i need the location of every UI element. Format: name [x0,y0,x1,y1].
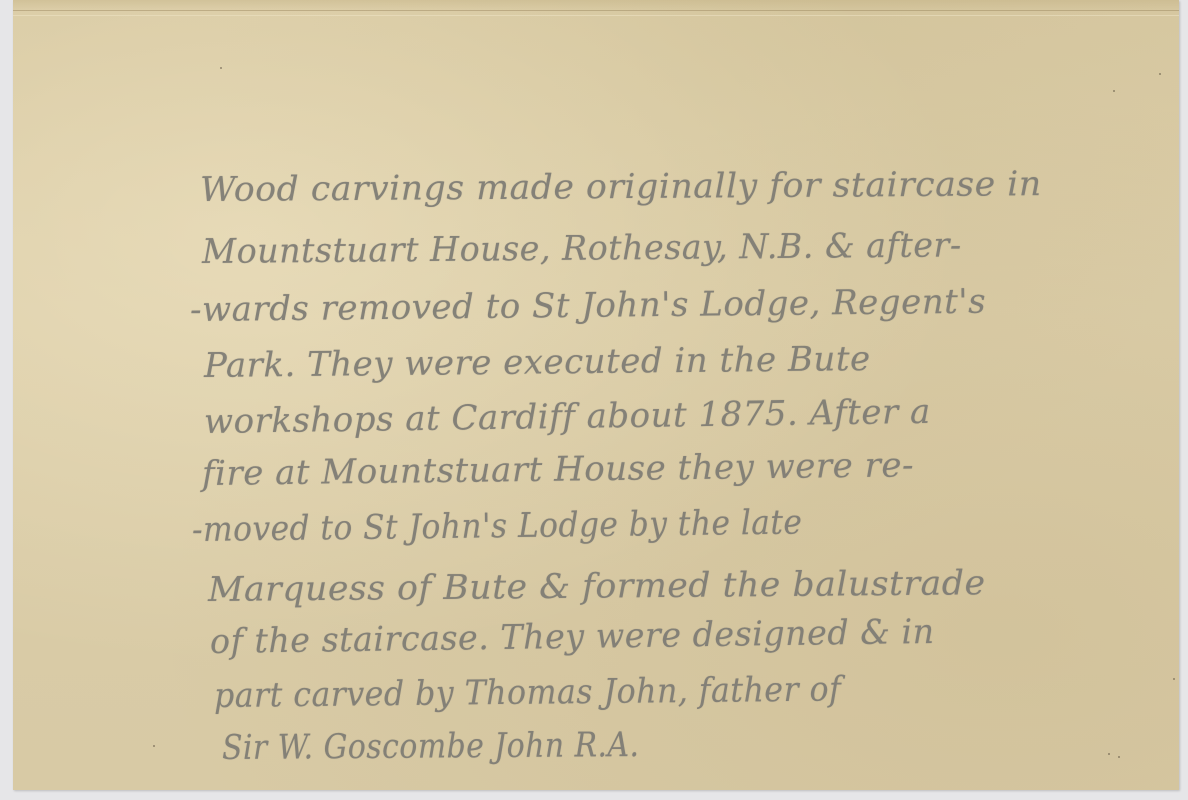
top-edge-discoloration [13,0,1179,10]
paper-speck [220,67,222,69]
scan-background: Wood carvings made originally for stairc… [0,0,1188,800]
text-line-1: Wood carvings made originally for stairc… [200,164,1042,210]
text-line-8: Marquess of Bute & formed the balustrade [208,563,986,610]
text-line-11: Sir W. Goscombe John R.A. [222,725,640,768]
paper-speck [1159,73,1161,75]
paper-speck [1173,678,1175,680]
text-line-2: Mountstuart House, Rothesay, N.B. & afte… [202,225,962,272]
text-line-3: -wards removed to St John's Lodge, Regen… [190,282,986,330]
text-line-7: -moved to St John's Lodge by the late [192,503,803,550]
fold-line [13,10,1179,16]
paper-speck [1113,90,1115,92]
paper-speck [1118,756,1120,758]
paper-speck [153,745,155,747]
text-line-10: part carved by Thomas John, father of [214,669,842,716]
text-line-4: Park. They were executed in the Bute [204,339,871,386]
paper-speck [1108,753,1110,755]
